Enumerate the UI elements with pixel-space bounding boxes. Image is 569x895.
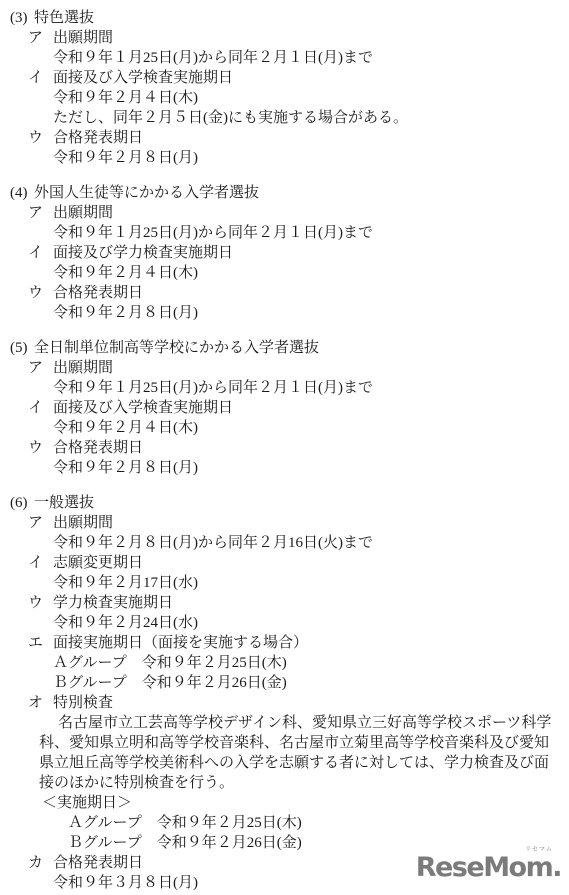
section-number: (6) — [10, 493, 34, 513]
item-marker: ア — [28, 358, 53, 378]
item-header: エ 面接実施期日（面接を実施する場合） — [10, 633, 563, 653]
date-line: 令和９年２月８日(月)から同年２月16日(火)まで — [10, 533, 563, 553]
item-marker: エ — [28, 633, 53, 653]
resemom-logo: リセマム ReseMom. — [416, 847, 561, 881]
item-marker: イ — [28, 398, 53, 418]
item-marker: カ — [28, 853, 53, 873]
item-header: ウ 学力検査実施期日 — [10, 593, 563, 613]
item-header: ウ 合格発表期日 — [10, 128, 563, 148]
section-4: (4) 外国人生徒等にかかる入学者選抜 ア 出願期間 令和９年１月25日(月)か… — [10, 183, 563, 323]
section-number: (5) — [10, 338, 34, 358]
document-body: (3) 特色選抜 ア 出願期間 令和９年１月25日(月)から同年２月１日(月)ま… — [0, 0, 569, 893]
section-number: (4) — [10, 183, 34, 203]
item-label: 志願変更期日 — [53, 553, 563, 573]
item-marker: イ — [28, 243, 53, 263]
item-label: 出願期間 — [53, 358, 563, 378]
date-line: 令和９年２月17日(水) — [10, 573, 563, 593]
section-header: (3) 特色選抜 — [10, 8, 563, 28]
subheading: ＜実施期日＞ — [10, 793, 563, 813]
date-line: 令和９年２月８日(月) — [10, 148, 563, 168]
date-line: 令和９年１月25日(月)から同年２月１日(月)まで — [10, 378, 563, 398]
date-line: 令和９年２月24日(水) — [10, 613, 563, 633]
section-header: (4) 外国人生徒等にかかる入学者選抜 — [10, 183, 563, 203]
item-label: 面接及び入学検査実施期日 — [53, 398, 563, 418]
note-line: ただし、同年２月５日(金)にも実施する場合がある。 — [10, 108, 563, 128]
item-marker: ア — [28, 203, 53, 223]
item-label: 合格発表期日 — [53, 438, 563, 458]
item-header: ア 出願期間 — [10, 358, 563, 378]
item-header: ウ 合格発表期日 — [10, 283, 563, 303]
item-label: 面接及び入学検査実施期日 — [53, 68, 563, 88]
item-marker: ウ — [28, 128, 53, 148]
item-label: 面接実施期日（面接を実施する場合） — [53, 633, 563, 653]
item-label: 出願期間 — [53, 28, 563, 48]
item-header: イ 面接及び入学検査実施期日 — [10, 68, 563, 88]
item-marker: ア — [28, 513, 53, 533]
item-label: 合格発表期日 — [53, 128, 563, 148]
section-title: 外国人生徒等にかかる入学者選抜 — [34, 183, 563, 203]
item-label: 出願期間 — [53, 203, 563, 223]
date-line: 令和９年２月４日(木) — [10, 88, 563, 108]
item-label: 特別検査 — [53, 693, 563, 713]
item-header: ア 出願期間 — [10, 513, 563, 533]
date-line: 令和９年２月４日(木) — [10, 263, 563, 283]
section-6: (6) 一般選抜 ア 出願期間 令和９年２月８日(月)から同年２月16日(火)ま… — [10, 493, 563, 893]
logo-wordmark: ReseMom. — [416, 852, 561, 883]
item-marker: イ — [28, 553, 53, 573]
date-line: 令和９年１月25日(月)から同年２月１日(月)まで — [10, 48, 563, 68]
item-marker: ウ — [28, 283, 53, 303]
group-a-line: Ａグループ 令和９年２月25日(木) — [10, 653, 563, 673]
section-title: 一般選抜 — [34, 493, 563, 513]
group-a-line: Ａグループ 令和９年２月25日(木) — [10, 813, 563, 833]
section-header: (5) 全日制単位制高等学校にかかる入学者選抜 — [10, 338, 563, 358]
section-5: (5) 全日制単位制高等学校にかかる入学者選抜 ア 出願期間 令和９年１月25日… — [10, 338, 563, 478]
section-3: (3) 特色選抜 ア 出願期間 令和９年１月25日(月)から同年２月１日(月)ま… — [10, 8, 563, 168]
item-header: イ 面接及び入学検査実施期日 — [10, 398, 563, 418]
item-marker: ア — [28, 28, 53, 48]
item-header: オ 特別検査 — [10, 693, 563, 713]
item-label: 合格発表期日 — [53, 283, 563, 303]
item-label: 学力検査実施期日 — [53, 593, 563, 613]
item-header: ア 出願期間 — [10, 28, 563, 48]
item-marker: オ — [28, 693, 53, 713]
section-title: 特色選抜 — [34, 8, 563, 28]
section-number: (3) — [10, 8, 34, 28]
item-marker: ウ — [28, 593, 53, 613]
date-line: 令和９年１月25日(月)から同年２月１日(月)まで — [10, 223, 563, 243]
item-label: 面接及び学力検査実施期日 — [53, 243, 563, 263]
item-label: 出願期間 — [53, 513, 563, 533]
item-header: イ 面接及び学力検査実施期日 — [10, 243, 563, 263]
item-header: ウ 合格発表期日 — [10, 438, 563, 458]
section-title: 全日制単位制高等学校にかかる入学者選抜 — [34, 338, 563, 358]
item-marker: イ — [28, 68, 53, 88]
item-header: イ 志願変更期日 — [10, 553, 563, 573]
item-marker: ウ — [28, 438, 53, 458]
date-line: 令和９年２月８日(月) — [10, 458, 563, 478]
item-header: ア 出願期間 — [10, 203, 563, 223]
special-exam-paragraph: 名古屋市立工芸高等学校デザイン科、愛知県立三好高等学校スポーツ科学科、愛知県立明… — [39, 713, 558, 793]
date-line: 令和９年２月４日(木) — [10, 418, 563, 438]
date-line: 令和９年２月８日(月) — [10, 303, 563, 323]
group-b-line: Ｂグループ 令和９年２月26日(金) — [10, 673, 563, 693]
section-header: (6) 一般選抜 — [10, 493, 563, 513]
